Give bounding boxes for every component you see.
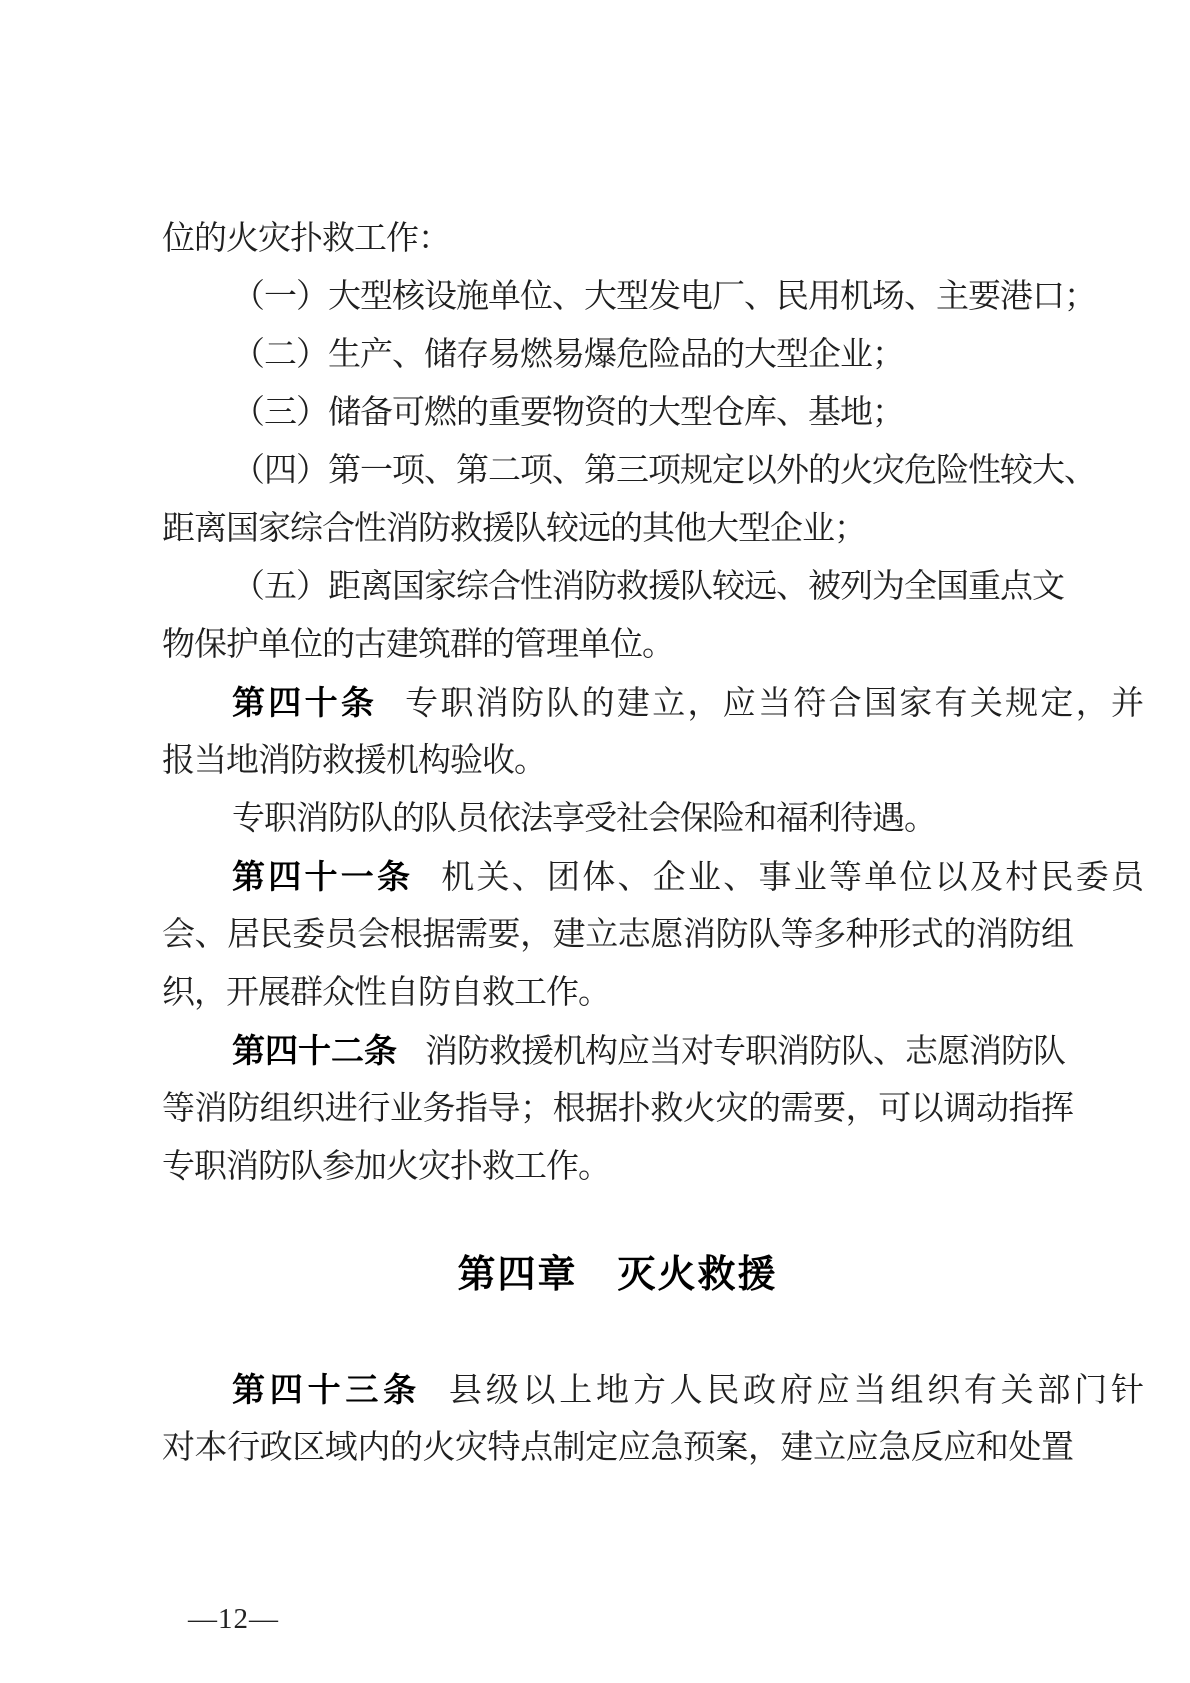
chapter-heading: 第四章 灭火救援 (162, 1252, 1073, 1298)
line-text: （四）第一项、第二项、第三项规定以外的火灾危险性较大、 (232, 453, 1096, 489)
body-line: 专职消防队参加火灾扑救工作。 (162, 1147, 1073, 1187)
body-line: 物保护单位的古建筑群的管理单位。 (162, 625, 1073, 665)
body-line: 距离国家综合性消防救援队较远的其他大型企业； (162, 509, 1073, 549)
line-text: 会、居民委员会根据需要，建立志愿消防队等多种形式的消防组 (162, 917, 1073, 953)
body-line: （四）第一项、第二项、第三项规定以外的火灾危险性较大、 (162, 451, 1143, 491)
line-text: 消防救援机构应当对专职消防队、志愿消防队 (425, 1034, 1065, 1070)
line-text: 专职消防队参加火灾扑救工作。 (162, 1149, 610, 1185)
article-number: 第四十三条 (232, 1371, 421, 1408)
body-line: 第四十一条机关、团体、企业、事业等单位以及村民委员 (162, 857, 1143, 898)
body-line: 位的火灾扑救工作： (162, 219, 1073, 259)
line-text: （二）生产、储存易燃易爆危险品的大型企业； (232, 337, 904, 373)
line-text: 县级以上地方人民政府应当组织有关部门针 (449, 1373, 1143, 1409)
body-line: 第四十条专职消防队的建立，应当符合国家有关规定，并 (162, 683, 1143, 724)
article-number: 第四十一条 (232, 858, 413, 895)
line-text: （五）距离国家综合性消防救援队较远、被列为全国重点文 (232, 569, 1064, 605)
body-line: 报当地消防救援机构验收。 (162, 741, 1073, 781)
line-text: （一）大型核设施单位、大型发电厂、民用机场、主要港口； (232, 279, 1096, 315)
body-line: （三）储备可燃的重要物资的大型仓库、基地； (162, 393, 1143, 433)
body-line: 会、居民委员会根据需要，建立志愿消防队等多种形式的消防组 (162, 915, 1073, 955)
line-text: 对本行政区域内的火灾特点制定应急预案，建立应急反应和处置 (162, 1430, 1073, 1466)
body-line: 专职消防队的队员依法享受社会保险和福利待遇。 (162, 799, 1143, 839)
body-line: （一）大型核设施单位、大型发电厂、民用机场、主要港口； (162, 277, 1143, 317)
document-page: 位的火灾扑救工作：（一）大型核设施单位、大型发电厂、民用机场、主要港口；（二）生… (0, 0, 1190, 1683)
article-number: 第四十二条 (232, 1032, 397, 1069)
line-text: 专职消防队的建立，应当符合国家有关规定，并 (405, 686, 1143, 722)
line-text: 织，开展群众性自防自救工作。 (162, 975, 610, 1011)
line-text: 报当地消防救援机构验收。 (162, 743, 546, 779)
page-number: —12— (188, 1602, 279, 1636)
body-line: （五）距离国家综合性消防救援队较远、被列为全国重点文 (162, 567, 1143, 607)
body-line: 对本行政区域内的火灾特点制定应急预案，建立应急反应和处置 (162, 1428, 1073, 1468)
body-line: 第四十二条消防救援机构应当对专职消防队、志愿消防队 (162, 1031, 1143, 1072)
line-text: 专职消防队的队员依法享受社会保险和福利待遇。 (232, 801, 936, 837)
body-line: 等消防组织进行业务指导；根据扑救火灾的需要，可以调动指挥 (162, 1089, 1073, 1129)
line-text: 等消防组织进行业务指导；根据扑救火灾的需要，可以调动指挥 (162, 1091, 1073, 1127)
body-line: 织，开展群众性自防自救工作。 (162, 973, 1073, 1013)
line-text: 机关、团体、企业、事业等单位以及村民委员 (441, 860, 1143, 896)
article-number: 第四十条 (232, 684, 377, 721)
body-line: （二）生产、储存易燃易爆危险品的大型企业； (162, 335, 1143, 375)
body-line: 第四十三条县级以上地方人民政府应当组织有关部门针 (162, 1370, 1143, 1411)
line-text: 物保护单位的古建筑群的管理单位。 (162, 627, 674, 663)
line-text: （三）储备可燃的重要物资的大型仓库、基地； (232, 395, 904, 431)
line-text: 位的火灾扑救工作： (162, 221, 450, 257)
line-text: 距离国家综合性消防救援队较远的其他大型企业； (162, 511, 866, 547)
